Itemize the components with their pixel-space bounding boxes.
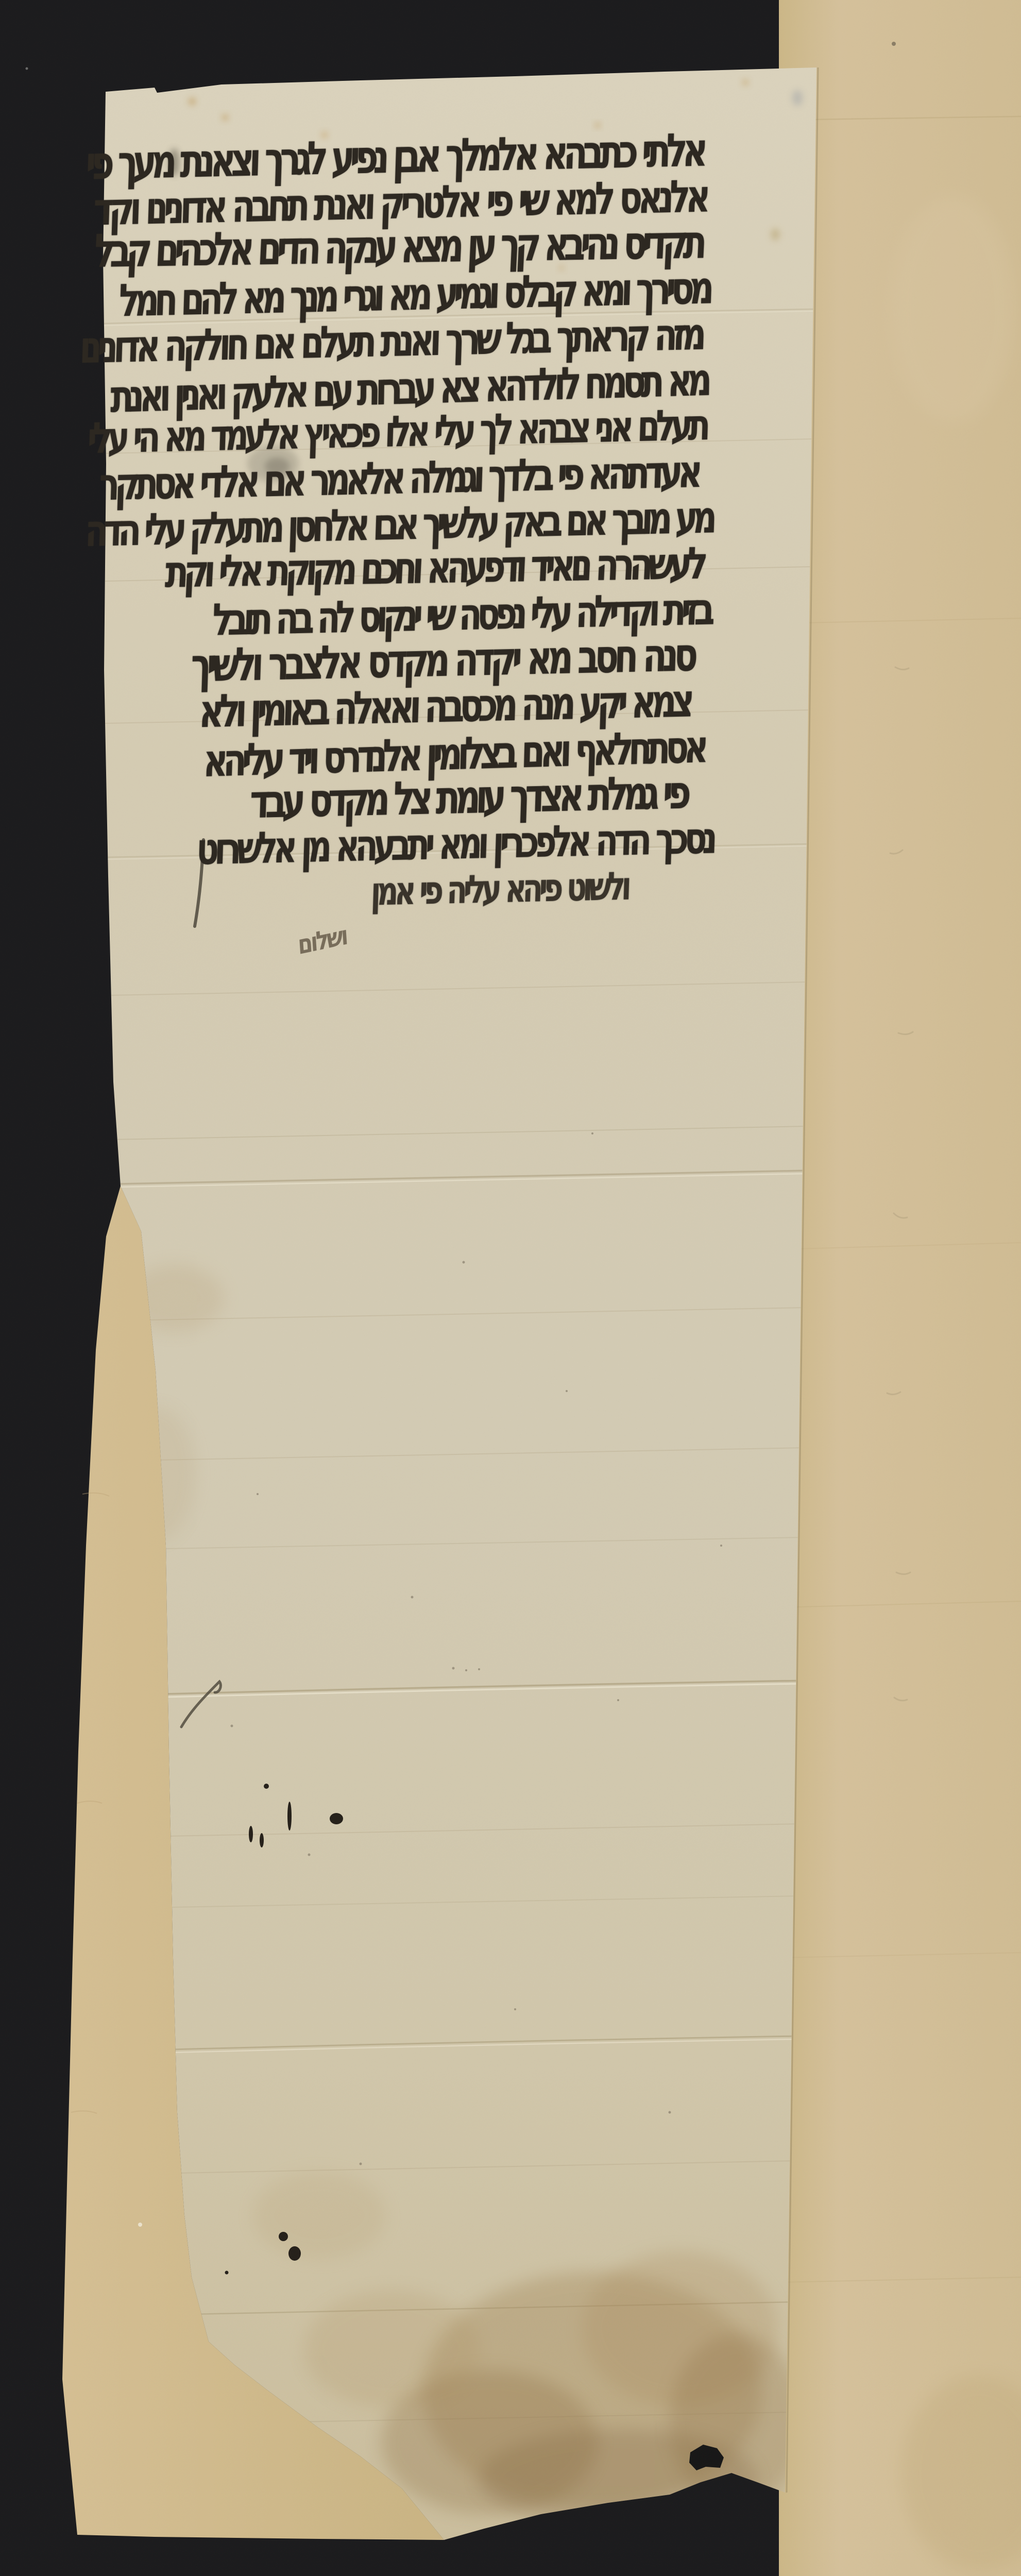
manuscript-line: ולשוט פיהא עליה פי אמן [133, 856, 628, 927]
manuscript-text-block: אלתי כתבהא אלמלך אבן נפיע לגרך וצאנת מעך… [117, 128, 723, 958]
manuscript-photo: אלתי כתבהא אלמלך אבן נפיע לגרך וצאנת מעך… [0, 0, 1021, 2576]
